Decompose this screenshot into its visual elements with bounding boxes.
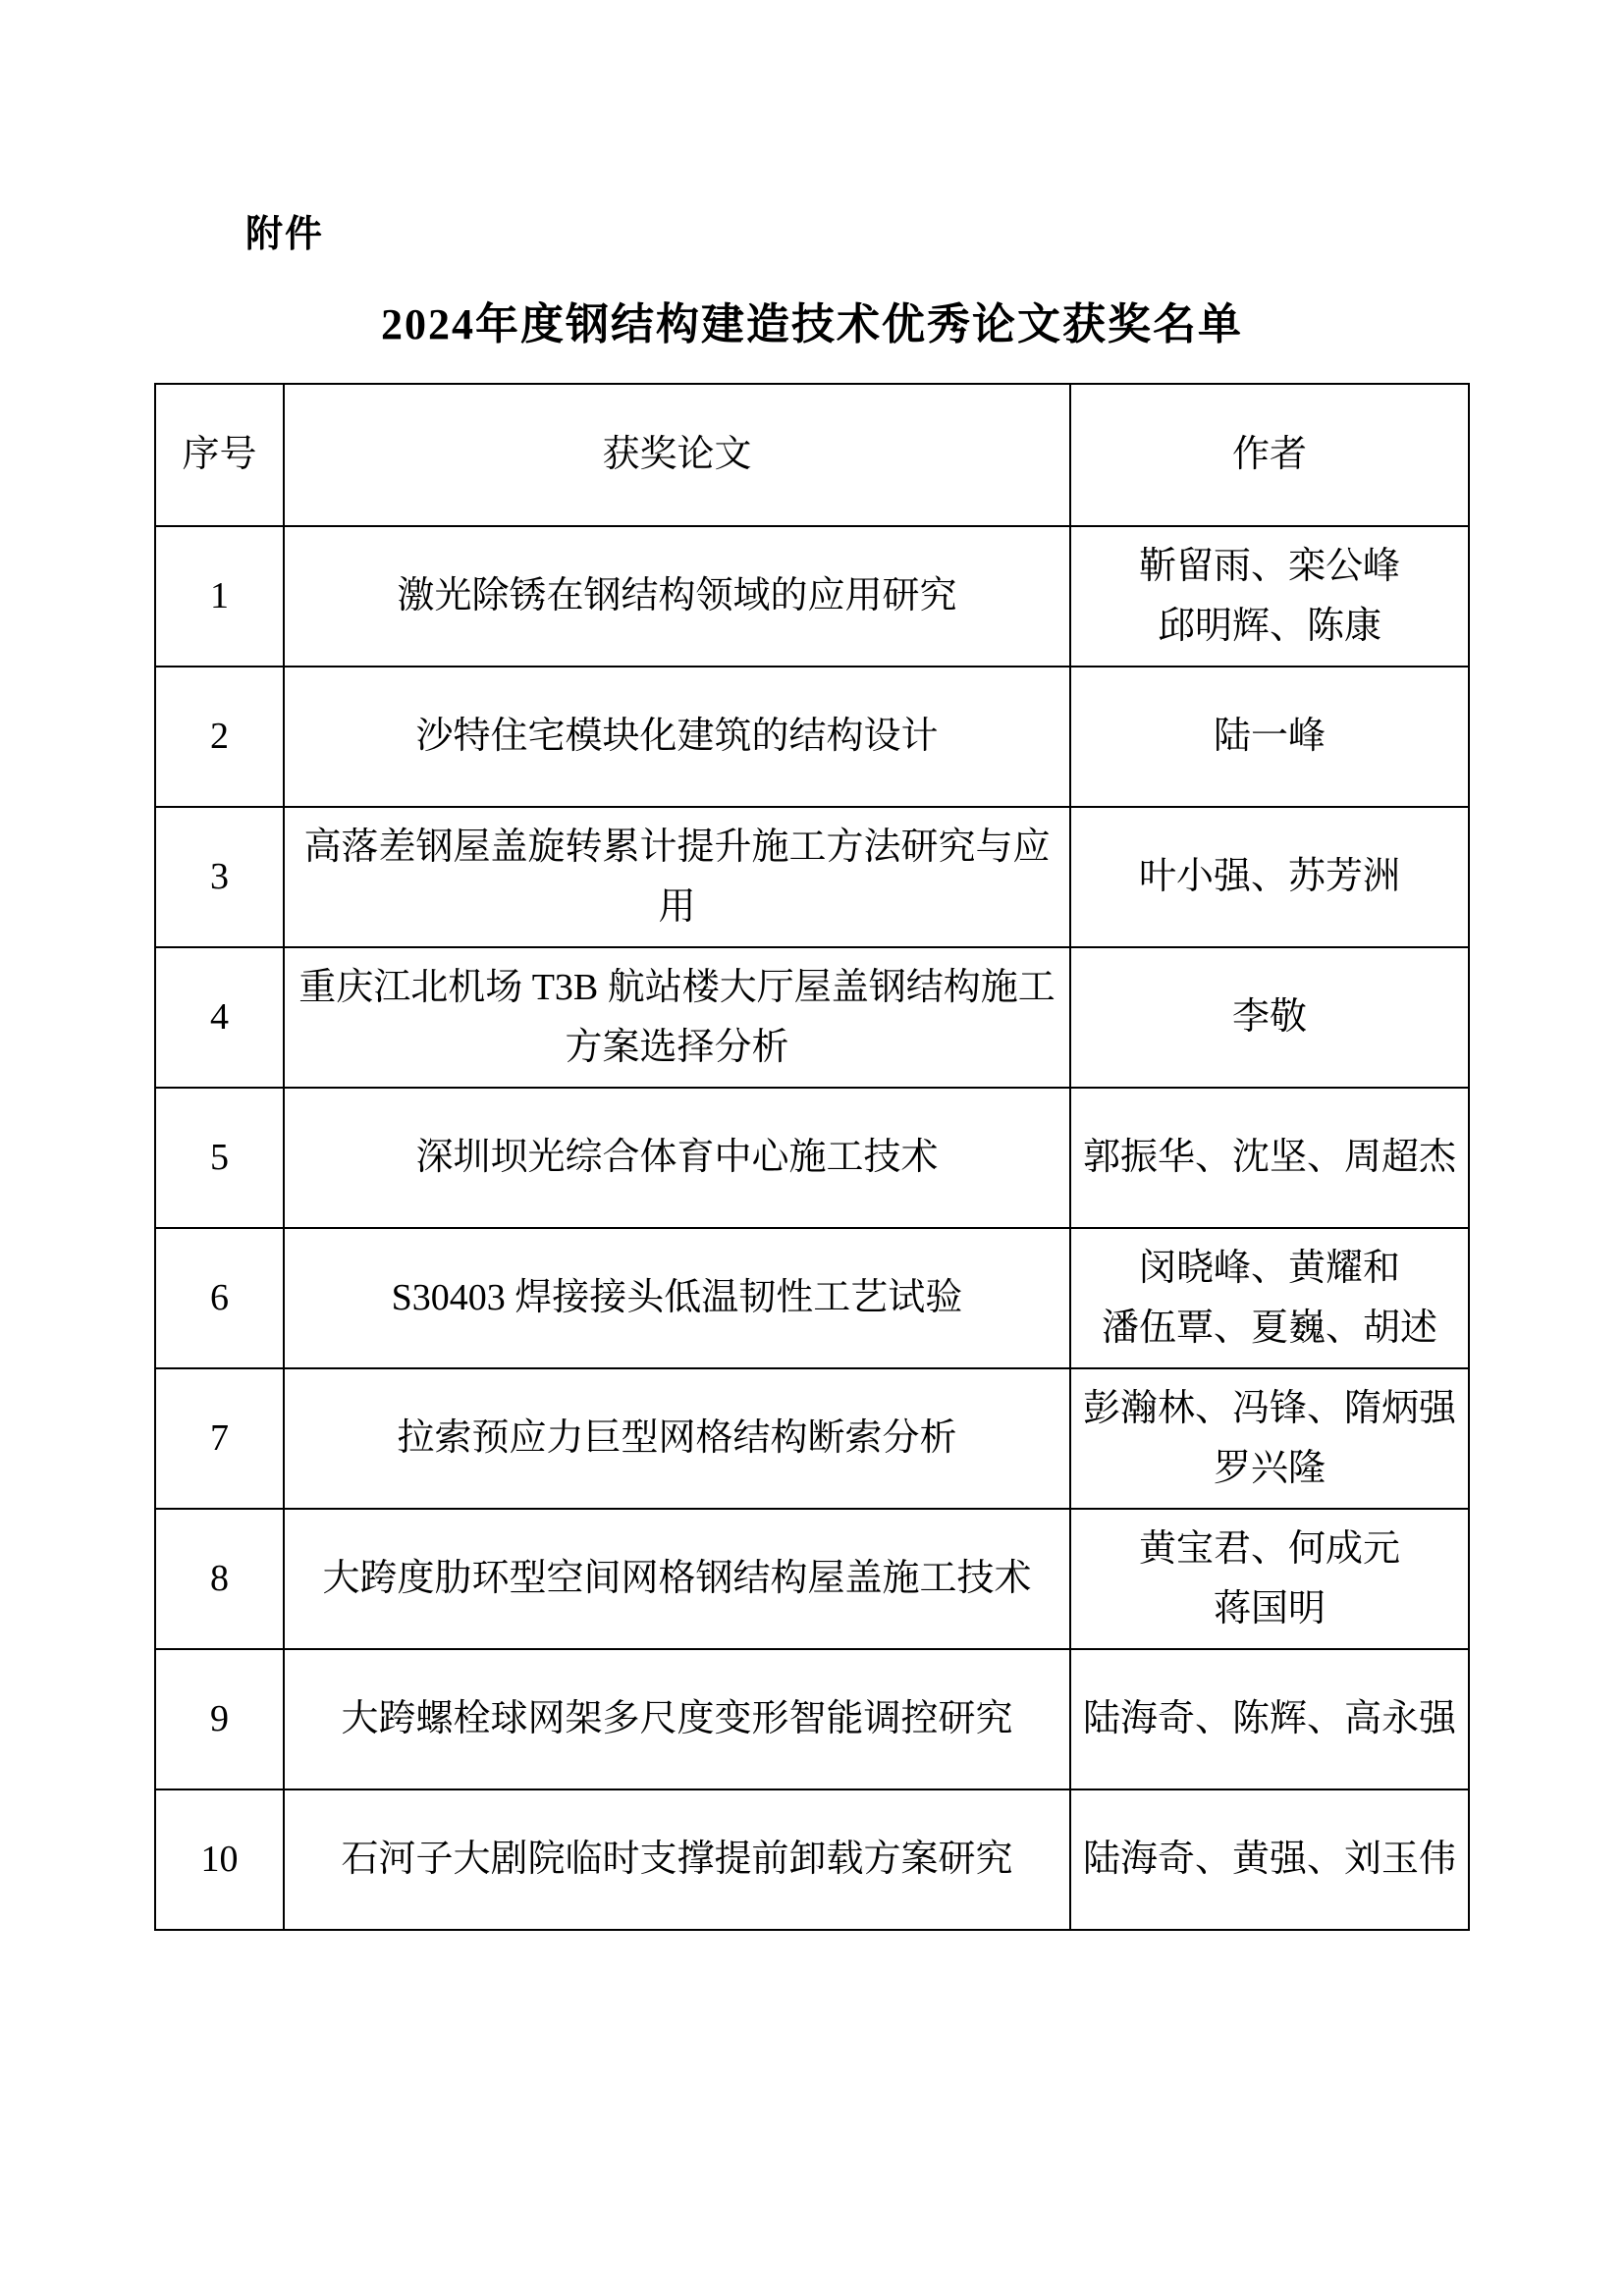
table-row: 7 拉索预应力巨型网格结构断索分析 彭瀚林、冯锋、隋炳强 罗兴隆 <box>155 1368 1469 1509</box>
document-page: 附件 2024年度钢结构建造技术优秀论文获奖名单 序号 获奖论文 作者 1 激光… <box>0 0 1624 2296</box>
paper-title-cell: 激光除锈在钢结构领域的应用研究 <box>284 526 1070 667</box>
row-number-cell: 6 <box>155 1228 284 1368</box>
row-number-cell: 2 <box>155 667 284 807</box>
row-number-cell: 9 <box>155 1649 284 1789</box>
table-row: 8 大跨度肋环型空间网格钢结构屋盖施工技术 黄宝君、何成元 蒋国明 <box>155 1509 1469 1649</box>
row-number-cell: 8 <box>155 1509 284 1649</box>
authors-cell: 陆一峰 <box>1070 667 1469 807</box>
table-row: 10 石河子大剧院临时支撑提前卸载方案研究 陆海奇、黄强、刘玉伟 <box>155 1789 1469 1930</box>
row-number-cell: 1 <box>155 526 284 667</box>
paper-title-cell: 沙特住宅模块化建筑的结构设计 <box>284 667 1070 807</box>
row-number-cell: 5 <box>155 1088 284 1228</box>
paper-title-cell: 高落差钢屋盖旋转累计提升施工方法研究与应用 <box>284 807 1070 947</box>
authors-cell: 陆海奇、黄强、刘玉伟 <box>1070 1789 1469 1930</box>
table-header-row: 序号 获奖论文 作者 <box>155 384 1469 526</box>
award-list-table: 序号 获奖论文 作者 1 激光除锈在钢结构领域的应用研究 靳留雨、栾公峰 邱明辉… <box>154 383 1470 1931</box>
page-title: 2024年度钢结构建造技术优秀论文获奖名单 <box>0 299 1624 351</box>
paper-title-cell: 深圳坝光综合体育中心施工技术 <box>284 1088 1070 1228</box>
authors-cell: 闵晓峰、黄耀和 潘伍覃、夏巍、胡述 <box>1070 1228 1469 1368</box>
table-row: 3 高落差钢屋盖旋转累计提升施工方法研究与应用 叶小强、苏芳洲 <box>155 807 1469 947</box>
paper-title-cell: 拉索预应力巨型网格结构断索分析 <box>284 1368 1070 1509</box>
authors-cell: 李敬 <box>1070 947 1469 1088</box>
paper-title-cell: 重庆江北机场 T3B 航站楼大厅屋盖钢结构施工方案选择分析 <box>284 947 1070 1088</box>
authors-cell: 叶小强、苏芳洲 <box>1070 807 1469 947</box>
row-number-cell: 7 <box>155 1368 284 1509</box>
col-header-paper: 获奖论文 <box>284 384 1070 526</box>
attachment-label: 附件 <box>245 216 324 253</box>
col-header-number: 序号 <box>155 384 284 526</box>
authors-cell: 陆海奇、陈辉、高永强 <box>1070 1649 1469 1789</box>
paper-title-cell: S30403 焊接接头低温韧性工艺试验 <box>284 1228 1070 1368</box>
row-number-cell: 10 <box>155 1789 284 1930</box>
col-header-authors: 作者 <box>1070 384 1469 526</box>
paper-title-cell: 石河子大剧院临时支撑提前卸载方案研究 <box>284 1789 1070 1930</box>
authors-cell: 郭振华、沈坚、周超杰 <box>1070 1088 1469 1228</box>
row-number-cell: 3 <box>155 807 284 947</box>
table-row: 9 大跨螺栓球网架多尺度变形智能调控研究 陆海奇、陈辉、高永强 <box>155 1649 1469 1789</box>
authors-cell: 黄宝君、何成元 蒋国明 <box>1070 1509 1469 1649</box>
paper-title-cell: 大跨螺栓球网架多尺度变形智能调控研究 <box>284 1649 1070 1789</box>
table-row: 1 激光除锈在钢结构领域的应用研究 靳留雨、栾公峰 邱明辉、陈康 <box>155 526 1469 667</box>
table-row: 4 重庆江北机场 T3B 航站楼大厅屋盖钢结构施工方案选择分析 李敬 <box>155 947 1469 1088</box>
table-row: 5 深圳坝光综合体育中心施工技术 郭振华、沈坚、周超杰 <box>155 1088 1469 1228</box>
paper-title-cell: 大跨度肋环型空间网格钢结构屋盖施工技术 <box>284 1509 1070 1649</box>
row-number-cell: 4 <box>155 947 284 1088</box>
authors-cell: 彭瀚林、冯锋、隋炳强 罗兴隆 <box>1070 1368 1469 1509</box>
authors-cell: 靳留雨、栾公峰 邱明辉、陈康 <box>1070 526 1469 667</box>
table-row: 2 沙特住宅模块化建筑的结构设计 陆一峰 <box>155 667 1469 807</box>
table-row: 6 S30403 焊接接头低温韧性工艺试验 闵晓峰、黄耀和 潘伍覃、夏巍、胡述 <box>155 1228 1469 1368</box>
